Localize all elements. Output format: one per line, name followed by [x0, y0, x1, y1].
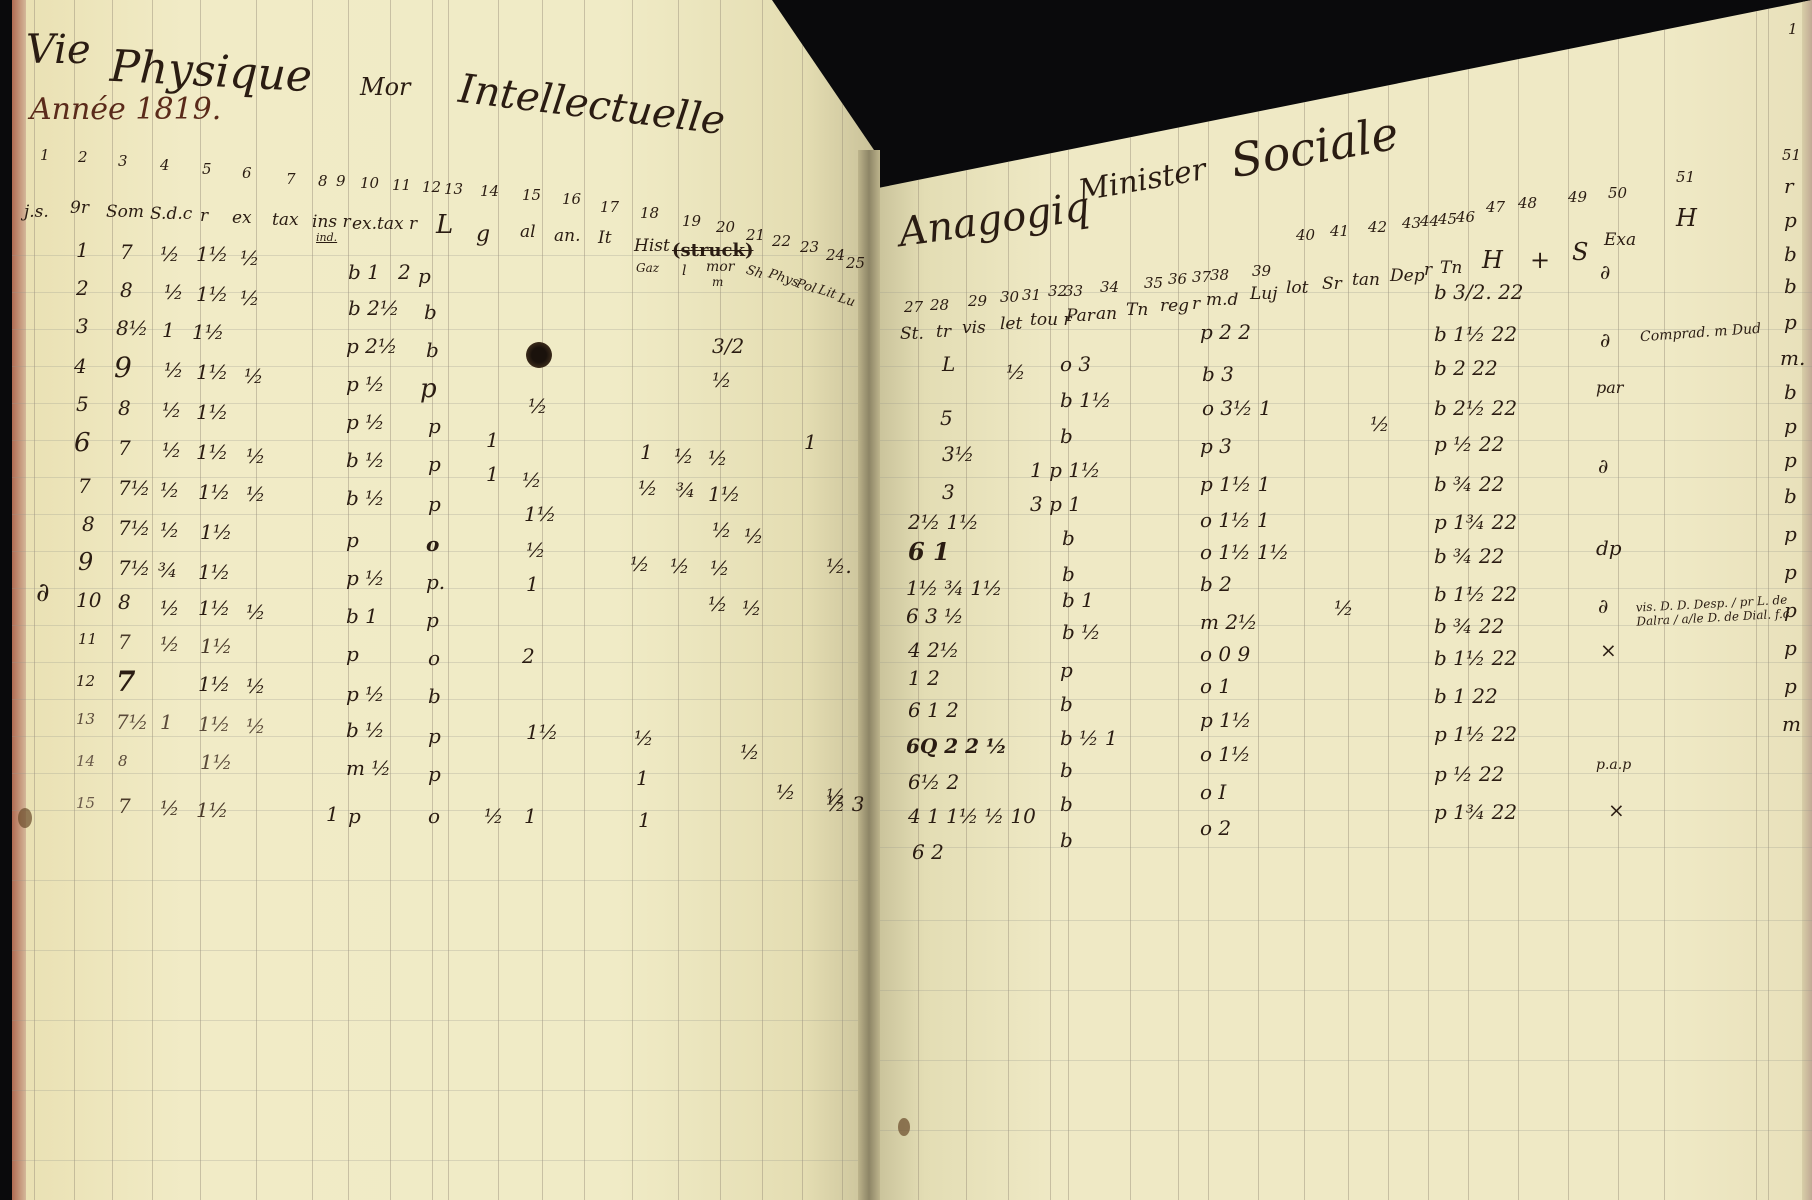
cell: p. — [426, 572, 445, 592]
col-num: 17 — [600, 200, 619, 215]
cell: 1½ — [196, 244, 228, 264]
cell: 1½ — [196, 284, 228, 304]
ruling — [868, 514, 1812, 515]
col-num: 13 — [444, 182, 463, 197]
cell: 1½ — [198, 482, 230, 502]
col-num: 44 — [1420, 214, 1439, 229]
cell: 1 — [326, 804, 339, 824]
ruling — [868, 477, 1812, 478]
ruling — [12, 699, 872, 700]
margin-mark: ∂ — [36, 580, 49, 606]
cell: p 1½ — [1200, 710, 1251, 730]
cell: ½ — [1006, 362, 1025, 382]
col-num: 16 — [562, 192, 581, 207]
col-num: 3 — [118, 154, 128, 169]
col-label: Tn — [1440, 260, 1462, 277]
cell: p — [428, 454, 441, 474]
cell: b 1½ 22 — [1434, 648, 1517, 668]
col-label: 9r — [70, 200, 89, 217]
cell: b — [424, 302, 437, 322]
ruling — [868, 440, 1812, 441]
cell: 2 — [522, 646, 535, 666]
col-label: mor — [706, 260, 734, 274]
ruling — [868, 551, 1812, 552]
cell: b 2½ — [348, 298, 399, 318]
cell: 7 — [118, 632, 131, 652]
cell: 1 — [524, 806, 537, 826]
cell: 7 — [118, 796, 131, 816]
cell: 1½ — [196, 800, 228, 820]
col-num: 29 — [968, 294, 987, 309]
col-num: 10 — [360, 176, 379, 191]
cell: 1½ — [196, 442, 228, 462]
col-num: 12 — [422, 180, 441, 195]
col-label: Hist — [634, 238, 670, 255]
cell: p.a.p — [1596, 758, 1631, 772]
col-sublabel-ind: ind. — [316, 232, 337, 243]
cell: 1½ — [196, 402, 228, 422]
col-num: 14 — [480, 184, 499, 199]
cell: p — [428, 764, 441, 784]
cell: b 3/2. 22 — [1434, 282, 1524, 302]
col-label: r — [200, 208, 208, 225]
cell: ¾ — [158, 560, 177, 580]
page-stain — [18, 808, 32, 828]
col-label: vis — [962, 320, 986, 337]
cell: ½ — [634, 728, 653, 748]
cell: 3½ — [942, 444, 974, 464]
cell: 1 — [162, 320, 175, 340]
ruling — [12, 440, 872, 441]
cell: b — [1060, 694, 1073, 714]
cell-day: 1 — [76, 240, 89, 260]
ruling — [868, 1130, 1812, 1131]
cell: p — [426, 610, 439, 630]
cell-day: 13 — [76, 712, 95, 727]
cell: b 2 22 — [1434, 358, 1498, 378]
col-label: tan — [1352, 272, 1380, 289]
ruling — [12, 366, 872, 367]
cell: b — [428, 686, 441, 706]
cell: 5 — [940, 408, 953, 428]
cell: 1 — [486, 430, 499, 450]
edge-cell: p — [1784, 676, 1797, 696]
cell: b — [1060, 830, 1073, 850]
edge-cell: p — [1784, 450, 1797, 470]
col-num: 49 — [1568, 190, 1587, 205]
ink-blot — [526, 342, 552, 368]
cell: par — [1596, 380, 1623, 396]
cell: b 2 — [1200, 574, 1232, 594]
cell: p 2 2 — [1200, 322, 1251, 342]
cell: b — [1060, 426, 1073, 446]
col-sublabel-gaz: Gaz — [636, 262, 659, 274]
cell: b — [426, 340, 439, 360]
edge-cell: p — [1784, 524, 1797, 544]
cell: m 2½ — [1200, 612, 1257, 632]
col-num: 15 — [522, 188, 541, 203]
page-stain — [898, 1118, 910, 1136]
col-num: 36 — [1168, 272, 1187, 287]
cell: b 3 — [1202, 364, 1234, 384]
cell: b 1½ 22 — [1434, 584, 1517, 604]
cell: 9 — [114, 354, 132, 382]
cell: b 2½ 22 — [1434, 398, 1517, 418]
col-num: 2 — [78, 150, 88, 165]
col-num: 22 — [772, 234, 791, 249]
edge-cell: m — [1782, 714, 1801, 734]
cell: ½ — [742, 598, 761, 618]
col-label: let — [1000, 316, 1022, 333]
cell: ¾ — [676, 480, 695, 500]
cell: o 1½ 1 — [1200, 510, 1270, 530]
cell: 1½ — [198, 562, 230, 582]
col-label: St. — [900, 326, 924, 343]
cell: 7 — [116, 668, 135, 696]
cell: 1 — [804, 432, 817, 452]
ruling — [966, 0, 967, 1200]
col-num: 28 — [930, 298, 949, 313]
edge-cell: r — [1784, 176, 1794, 196]
cell: b ½ 1 — [1060, 728, 1118, 748]
ruling — [868, 847, 1812, 848]
cell: 7 — [118, 438, 131, 458]
cell-day: 14 — [76, 754, 95, 769]
ruling — [868, 588, 1812, 589]
cell: ½ 3 — [826, 794, 864, 814]
cell: 7½ — [116, 712, 148, 732]
cell: 1½ — [198, 598, 230, 618]
cell: b ½ — [346, 488, 385, 508]
col-num: 31 — [1022, 288, 1041, 303]
cell: ½ — [522, 470, 541, 490]
edge-col-header: 51 — [1782, 148, 1801, 163]
col-label: Dep — [1390, 268, 1425, 285]
col-num: 39 — [1252, 264, 1271, 279]
heading-vie: Vie — [26, 30, 91, 70]
ruling — [1388, 0, 1389, 1200]
edge-cell: p — [1784, 210, 1797, 230]
col-label: H — [1482, 248, 1503, 272]
cell: 2½ 1½ — [908, 512, 979, 532]
ruling — [868, 662, 1812, 663]
cell: 7 — [120, 242, 133, 262]
cell: 8 — [118, 592, 131, 612]
col-num: 9 — [336, 174, 346, 189]
cell: 1½ — [524, 504, 556, 524]
ruling — [12, 1090, 872, 1091]
cell: ½ — [160, 598, 179, 618]
cell: 1 — [638, 810, 651, 830]
cell: 1½ — [198, 714, 230, 734]
col-num: 43 — [1402, 216, 1421, 231]
ruling — [868, 403, 1812, 404]
edge-cell: p — [1784, 638, 1797, 658]
cell: ½ — [744, 526, 763, 546]
cell: 1 — [640, 442, 653, 462]
cell: ½ — [164, 282, 183, 302]
col-num: 48 — [1518, 196, 1537, 211]
cell: ½ — [712, 520, 731, 540]
cell: b — [1060, 760, 1073, 780]
cell: 1½ ¾ 1½ — [906, 578, 1002, 598]
ruling — [12, 625, 872, 626]
cell: ½ — [526, 540, 545, 560]
cell: 1½ — [198, 674, 230, 694]
ruling — [12, 1020, 872, 1021]
cell: b — [1060, 794, 1073, 814]
cell: 1½ — [526, 722, 558, 742]
col-num: 33 — [1064, 284, 1083, 299]
col-num: 25 — [846, 256, 865, 271]
cell: 8 — [118, 754, 128, 769]
ruling — [12, 950, 872, 951]
cell: 1 — [486, 464, 499, 484]
cell: o 1 — [1200, 676, 1231, 696]
cell: p — [346, 644, 359, 664]
col-label: Exa — [1604, 232, 1636, 249]
cell: 6 1 2 — [908, 700, 959, 720]
cell-day: 7 — [78, 476, 91, 496]
cell: p — [346, 530, 359, 550]
col-label: L — [436, 212, 453, 238]
cell: 6Q 2 2 ½ — [906, 736, 1007, 756]
cell: b ½ — [346, 720, 385, 740]
col-num: 24 — [826, 248, 845, 263]
col-num: 7 — [286, 172, 296, 187]
ruling — [12, 551, 872, 552]
col-num: 37 — [1192, 270, 1211, 285]
cell: b ¾ 22 — [1434, 474, 1504, 494]
cell: ½. — [826, 556, 852, 576]
col-num: 45 — [1438, 212, 1457, 227]
page-number: 1 — [1788, 22, 1798, 37]
col-label: S — [1572, 240, 1588, 264]
cell: ½ — [244, 366, 263, 386]
cell: 1½ — [200, 636, 232, 656]
col-num: 19 — [682, 214, 701, 229]
col-label: al — [520, 224, 536, 241]
cell: ½ — [630, 554, 649, 574]
col-num: 47 — [1486, 200, 1505, 215]
cell: b ½ — [1062, 622, 1101, 642]
cell: ½ — [1370, 414, 1389, 434]
cell: o I — [1200, 782, 1226, 802]
cell: 1 — [160, 712, 173, 732]
cell: ½ — [638, 478, 657, 498]
ruling — [12, 1160, 872, 1161]
cell: 4 1 1½ ½ 10 — [908, 806, 1036, 826]
cell: o 2 — [1200, 818, 1231, 838]
col-label: ex.tax r — [352, 216, 417, 233]
cell: 3 — [942, 482, 955, 502]
cell: ½ — [162, 440, 181, 460]
ruling — [868, 699, 1812, 700]
col-label: j.s. — [24, 204, 49, 221]
cell: ∂ — [1600, 330, 1610, 350]
ruling — [1568, 0, 1569, 1200]
col-num: 38 — [1210, 268, 1229, 283]
col-label: lot — [1286, 280, 1309, 297]
cell: ½ — [160, 634, 179, 654]
col-label: r — [1192, 296, 1200, 313]
cell: p 1½ 22 — [1434, 724, 1517, 744]
col-num: 30 — [1000, 290, 1019, 305]
ruling — [1518, 0, 1519, 1200]
ruling — [12, 810, 872, 811]
cell: p — [420, 376, 437, 402]
ruling — [12, 403, 872, 404]
edge-cell: b — [1784, 244, 1797, 264]
col-label: ins r — [312, 214, 351, 231]
cell: b ¾ 22 — [1434, 616, 1504, 636]
cell: 3 p 1 — [1030, 494, 1081, 514]
col-num: 27 — [904, 300, 923, 315]
col-label: Som — [106, 204, 144, 221]
cell: p 3 — [1200, 436, 1232, 456]
cell-day: 12 — [76, 674, 95, 689]
book-gutter — [858, 150, 880, 1200]
cell: b 1 22 — [1434, 686, 1498, 706]
heading-mor: Mor — [360, 75, 411, 99]
cell: ½ — [674, 446, 693, 466]
col-label: g — [476, 224, 490, 246]
ruling — [1008, 0, 1009, 1200]
cell: ½ — [160, 520, 179, 540]
cell: o 0 9 — [1200, 644, 1250, 664]
cell: p ½ — [346, 374, 385, 394]
cell: 6 3 ½ — [906, 606, 964, 626]
edge-cell: m. — [1780, 348, 1805, 368]
edge-cell: b — [1784, 486, 1797, 506]
cell: 7½ — [118, 478, 150, 498]
ruling — [868, 990, 1812, 991]
cell: 1½ — [196, 362, 228, 382]
cell: p — [348, 806, 361, 826]
col-label: ex — [232, 210, 252, 227]
ruling — [1050, 0, 1051, 1200]
cell: o — [428, 806, 440, 826]
col-num: 35 — [1144, 276, 1163, 291]
cell: 1 — [636, 768, 649, 788]
cell: 1½ — [200, 752, 232, 772]
cell: p 1½ 1 — [1200, 474, 1270, 494]
cell: p 1¾ 22 — [1434, 512, 1517, 532]
col-num: 11 — [392, 178, 411, 193]
col-num: 46 — [1456, 210, 1475, 225]
cell: p ½ 22 — [1434, 764, 1504, 784]
cell: L — [942, 354, 955, 374]
ruling — [12, 880, 872, 881]
cell-day: 15 — [76, 796, 95, 811]
cell: p — [428, 416, 441, 436]
col-num: 6 — [242, 166, 252, 181]
edge-cell: p — [1784, 312, 1797, 332]
ruling — [868, 773, 1812, 774]
ruling — [12, 662, 872, 663]
ruling — [1304, 0, 1305, 1200]
col-num: 20 — [716, 220, 735, 235]
edge-cell: b — [1784, 276, 1797, 296]
ruling — [918, 0, 919, 1200]
cell: ∂ — [1598, 596, 1608, 616]
cell: b — [1062, 528, 1075, 548]
col-num: 42 — [1368, 220, 1387, 235]
cell: 1 — [526, 574, 539, 594]
cell: ½ — [164, 360, 183, 380]
cell: b 1 — [346, 606, 378, 626]
cell: ½ — [162, 400, 181, 420]
col-num: 41 — [1330, 224, 1349, 239]
cell: ½ — [528, 396, 547, 416]
cell: p — [1060, 660, 1073, 680]
cell: 1 2 — [908, 668, 940, 688]
col-label: It — [598, 230, 612, 247]
cell: p ½ — [346, 412, 385, 432]
ruling — [12, 292, 872, 293]
col-num: 1 — [40, 148, 50, 163]
cell: o 3 — [1060, 354, 1091, 374]
cell: ½ — [484, 806, 503, 826]
col-label: Tn — [1126, 302, 1148, 319]
col-num: 18 — [640, 206, 659, 221]
cell: 8 — [118, 398, 131, 418]
col-num: 34 — [1100, 280, 1119, 295]
cell: dp — [1596, 538, 1622, 558]
col-num: 4 — [160, 158, 170, 173]
col-label: Par — [1066, 308, 1095, 325]
col-label: Luj — [1250, 286, 1278, 303]
col-label: r — [1424, 262, 1432, 279]
cell-day: 10 — [76, 590, 101, 610]
cell: p ½ — [346, 568, 385, 588]
col-num: 51 — [1676, 170, 1695, 185]
col-num: 5 — [202, 162, 212, 177]
cell: 4 2½ — [908, 640, 959, 660]
cell: 1½ — [200, 522, 232, 542]
col-num: 23 — [800, 240, 819, 255]
cell: 3/2 — [712, 336, 744, 356]
cell: ½ — [246, 676, 265, 696]
ruling — [868, 920, 1812, 921]
heading-year: Année 1819. — [30, 95, 221, 125]
col-label: an — [1096, 306, 1117, 323]
cell: 8½ — [116, 318, 148, 338]
ruling — [12, 514, 872, 515]
col-label: reg — [1160, 298, 1189, 315]
cell: ½ — [160, 798, 179, 818]
cell: 7½ — [118, 518, 150, 538]
col-label: tax — [272, 212, 299, 229]
cell: 2 — [398, 262, 411, 282]
cell: o — [428, 648, 440, 668]
cell: ½ — [246, 484, 265, 504]
cell: ½ — [708, 594, 727, 614]
ruling — [868, 736, 1812, 737]
col-num: 8 — [318, 174, 328, 189]
cell: b — [1062, 564, 1075, 584]
cell: o 1½ 1½ — [1200, 542, 1289, 562]
cell: o 1½ — [1200, 744, 1251, 764]
col-label: + — [1530, 248, 1550, 272]
cell: b 1 — [348, 262, 380, 282]
cell: b 1½ 22 — [1434, 324, 1517, 344]
col-label: m.d — [1206, 292, 1238, 309]
cell: ½ — [776, 782, 795, 802]
cell: p ½ — [346, 684, 385, 704]
cell: 8 — [120, 280, 133, 300]
cell: ½ — [740, 742, 759, 762]
